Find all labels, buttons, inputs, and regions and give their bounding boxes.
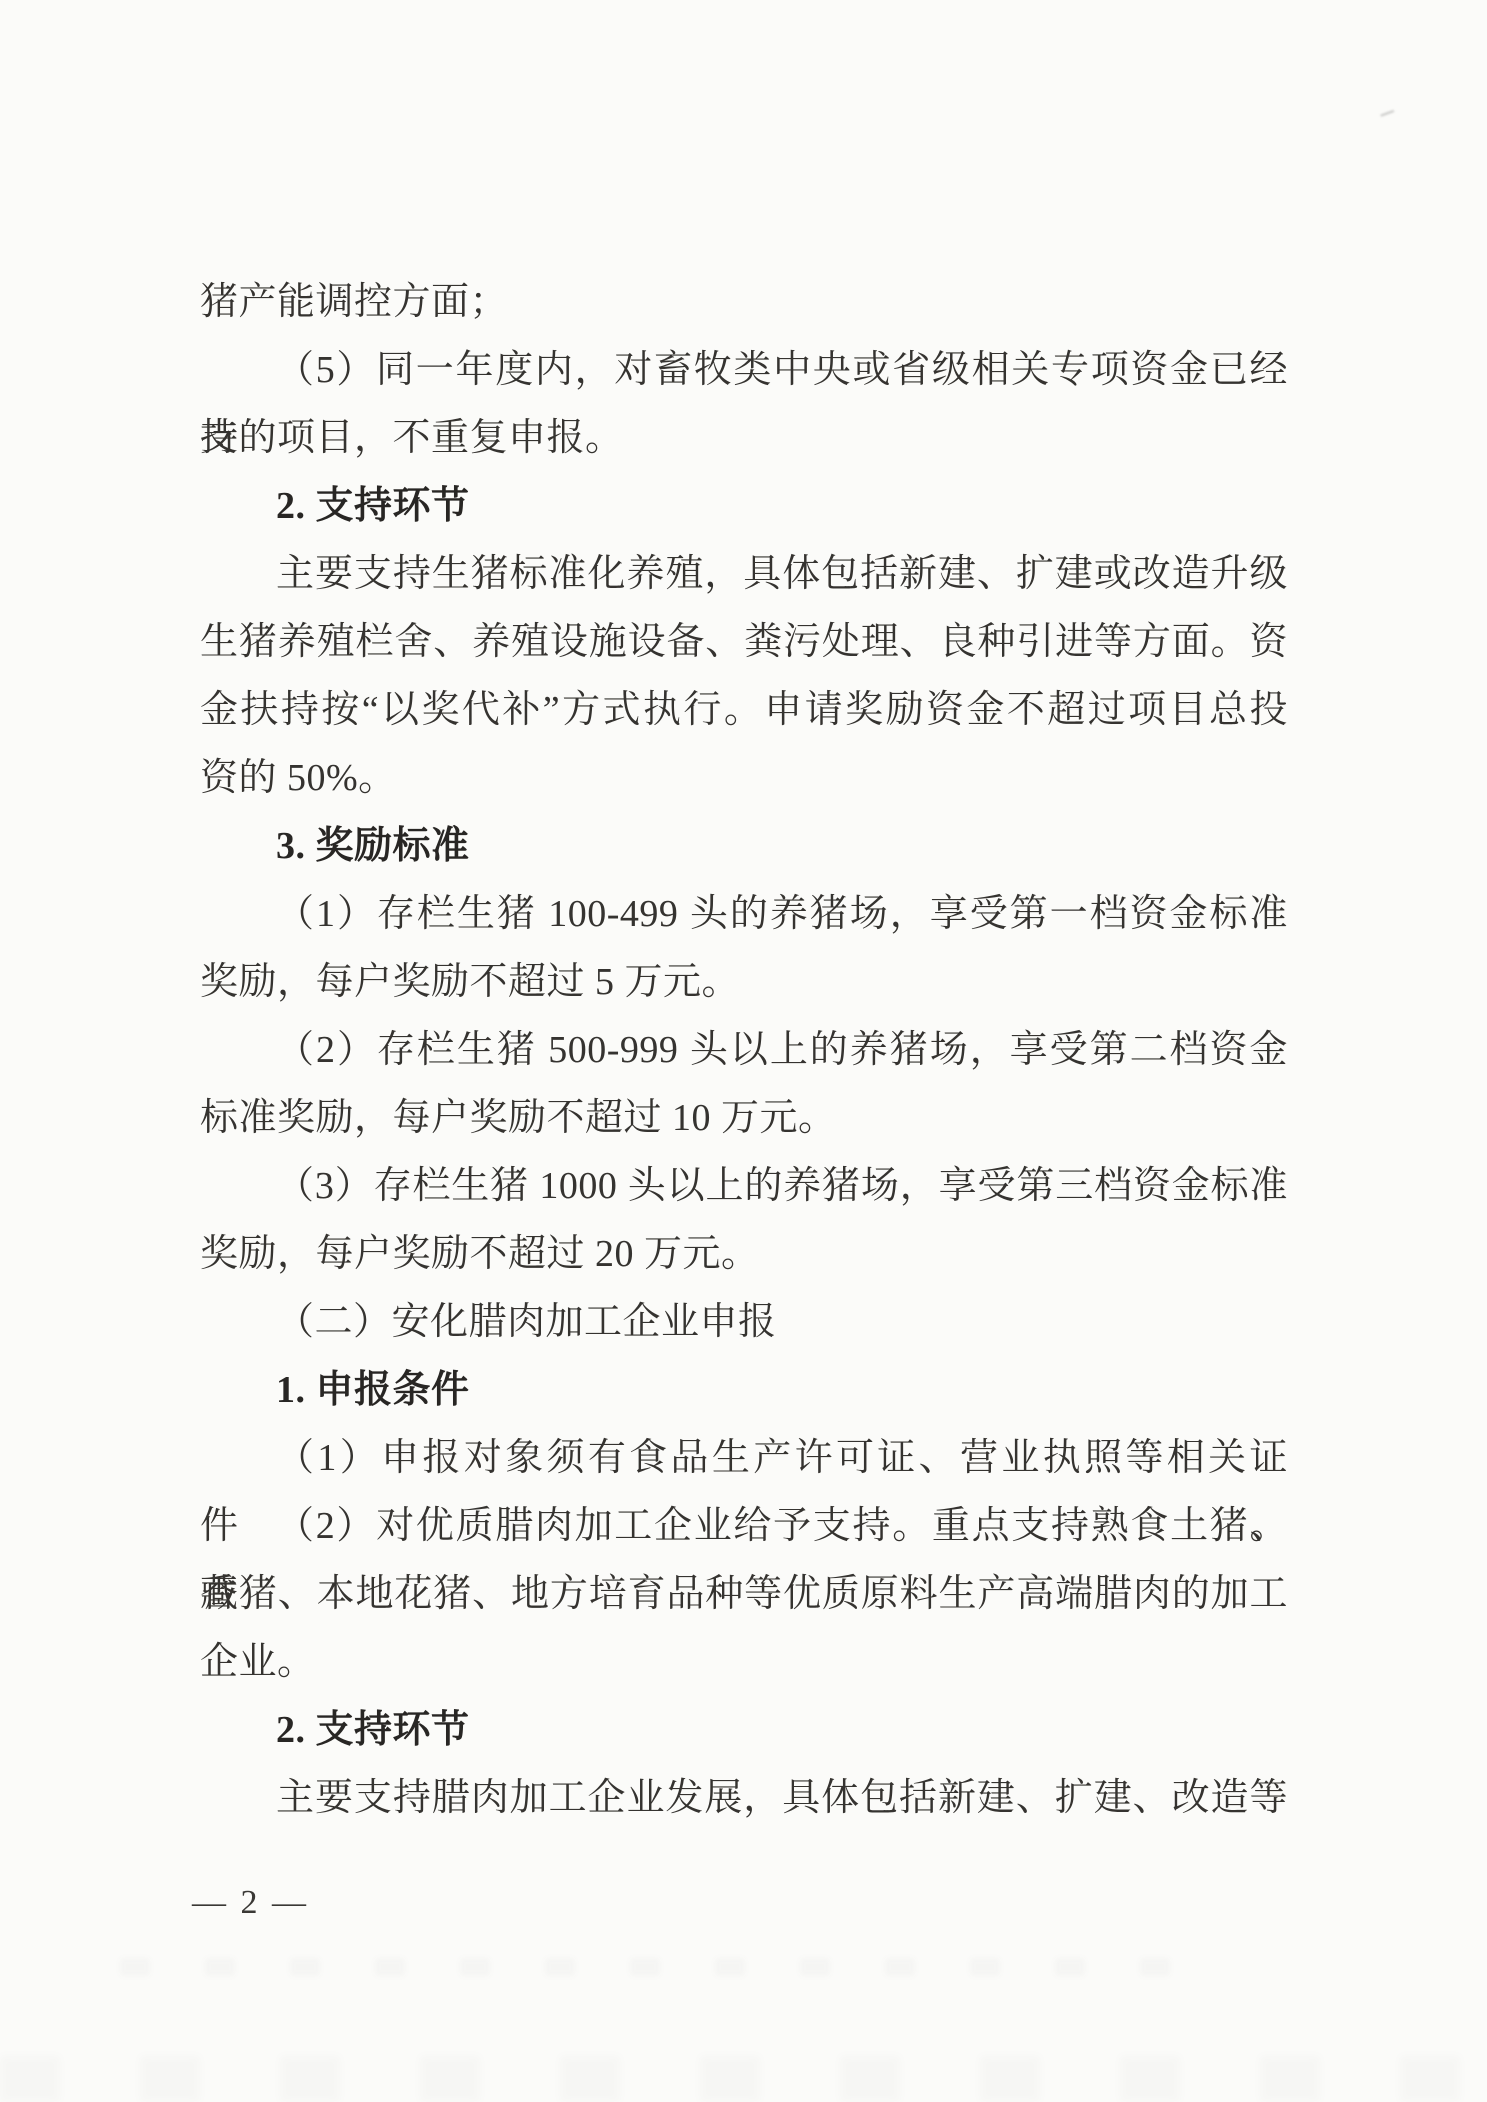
text-line: （5）同一年度内，对畜牧类中央或省级相关专项资金已经支 [200,336,1288,404]
text-line: 主要支持生猪标准化养殖，具体包括新建、扩建或改造升级 [200,540,1288,608]
text-line: 香猪、本地花猪、地方培育品种等优质原料生产高端腊肉的加工 [200,1560,1288,1628]
text-line: （1）存栏生猪 100-499 头的养猪场，享受第一档资金标准 [200,880,1288,948]
text-line: （2）存栏生猪 500-999 头以上的养猪场，享受第二档资金 [200,1016,1288,1084]
text-line: （1）申报对象须有食品生产许可证、营业执照等相关证件。 [200,1424,1288,1492]
scan-artifact [1380,110,1397,126]
scan-artifact [120,1958,1220,1976]
text-line: 资的 50%。 [200,744,1288,812]
text-line: 持的项目，不重复申报。 [200,404,1288,472]
text-line: 生猪养殖栏舍、养殖设施设备、粪污处理、良种引进等方面。资 [200,608,1288,676]
text-line: 奖励，每户奖励不超过 5 万元。 [200,948,1288,1016]
text-line: 2. 支持环节 [200,472,1288,540]
text-line: 企业。 [200,1628,1288,1696]
text-line: 3. 奖励标准 [200,812,1288,880]
text-line: （2）对优质腊肉加工企业给予支持。重点支持熟食土猪、藏 [200,1492,1288,1560]
text-line: 1. 申报条件 [200,1356,1288,1424]
text-line: 猪产能调控方面； [200,268,1288,336]
text-line: 主要支持腊肉加工企业发展，具体包括新建、扩建、改造等 [200,1764,1288,1832]
text-line: 2. 支持环节 [200,1696,1288,1764]
scan-artifact [0,2056,1487,2102]
text-line: （3）存栏生猪 1000 头以上的养猪场，享受第三档资金标准 [200,1152,1288,1220]
page-number: — 2 — [192,1884,309,1922]
text-line: 标准奖励，每户奖励不超过 10 万元。 [200,1084,1288,1152]
text-line: （二）安化腊肉加工企业申报 [200,1288,1288,1356]
text-line: 奖励，每户奖励不超过 20 万元。 [200,1220,1288,1288]
document-page: 猪产能调控方面；（5）同一年度内，对畜牧类中央或省级相关专项资金已经支持的项目，… [0,0,1487,2102]
document-body: 猪产能调控方面；（5）同一年度内，对畜牧类中央或省级相关专项资金已经支持的项目，… [200,268,1288,1832]
text-line: 金扶持按“以奖代补”方式执行。申请奖励资金不超过项目总投 [200,676,1288,744]
